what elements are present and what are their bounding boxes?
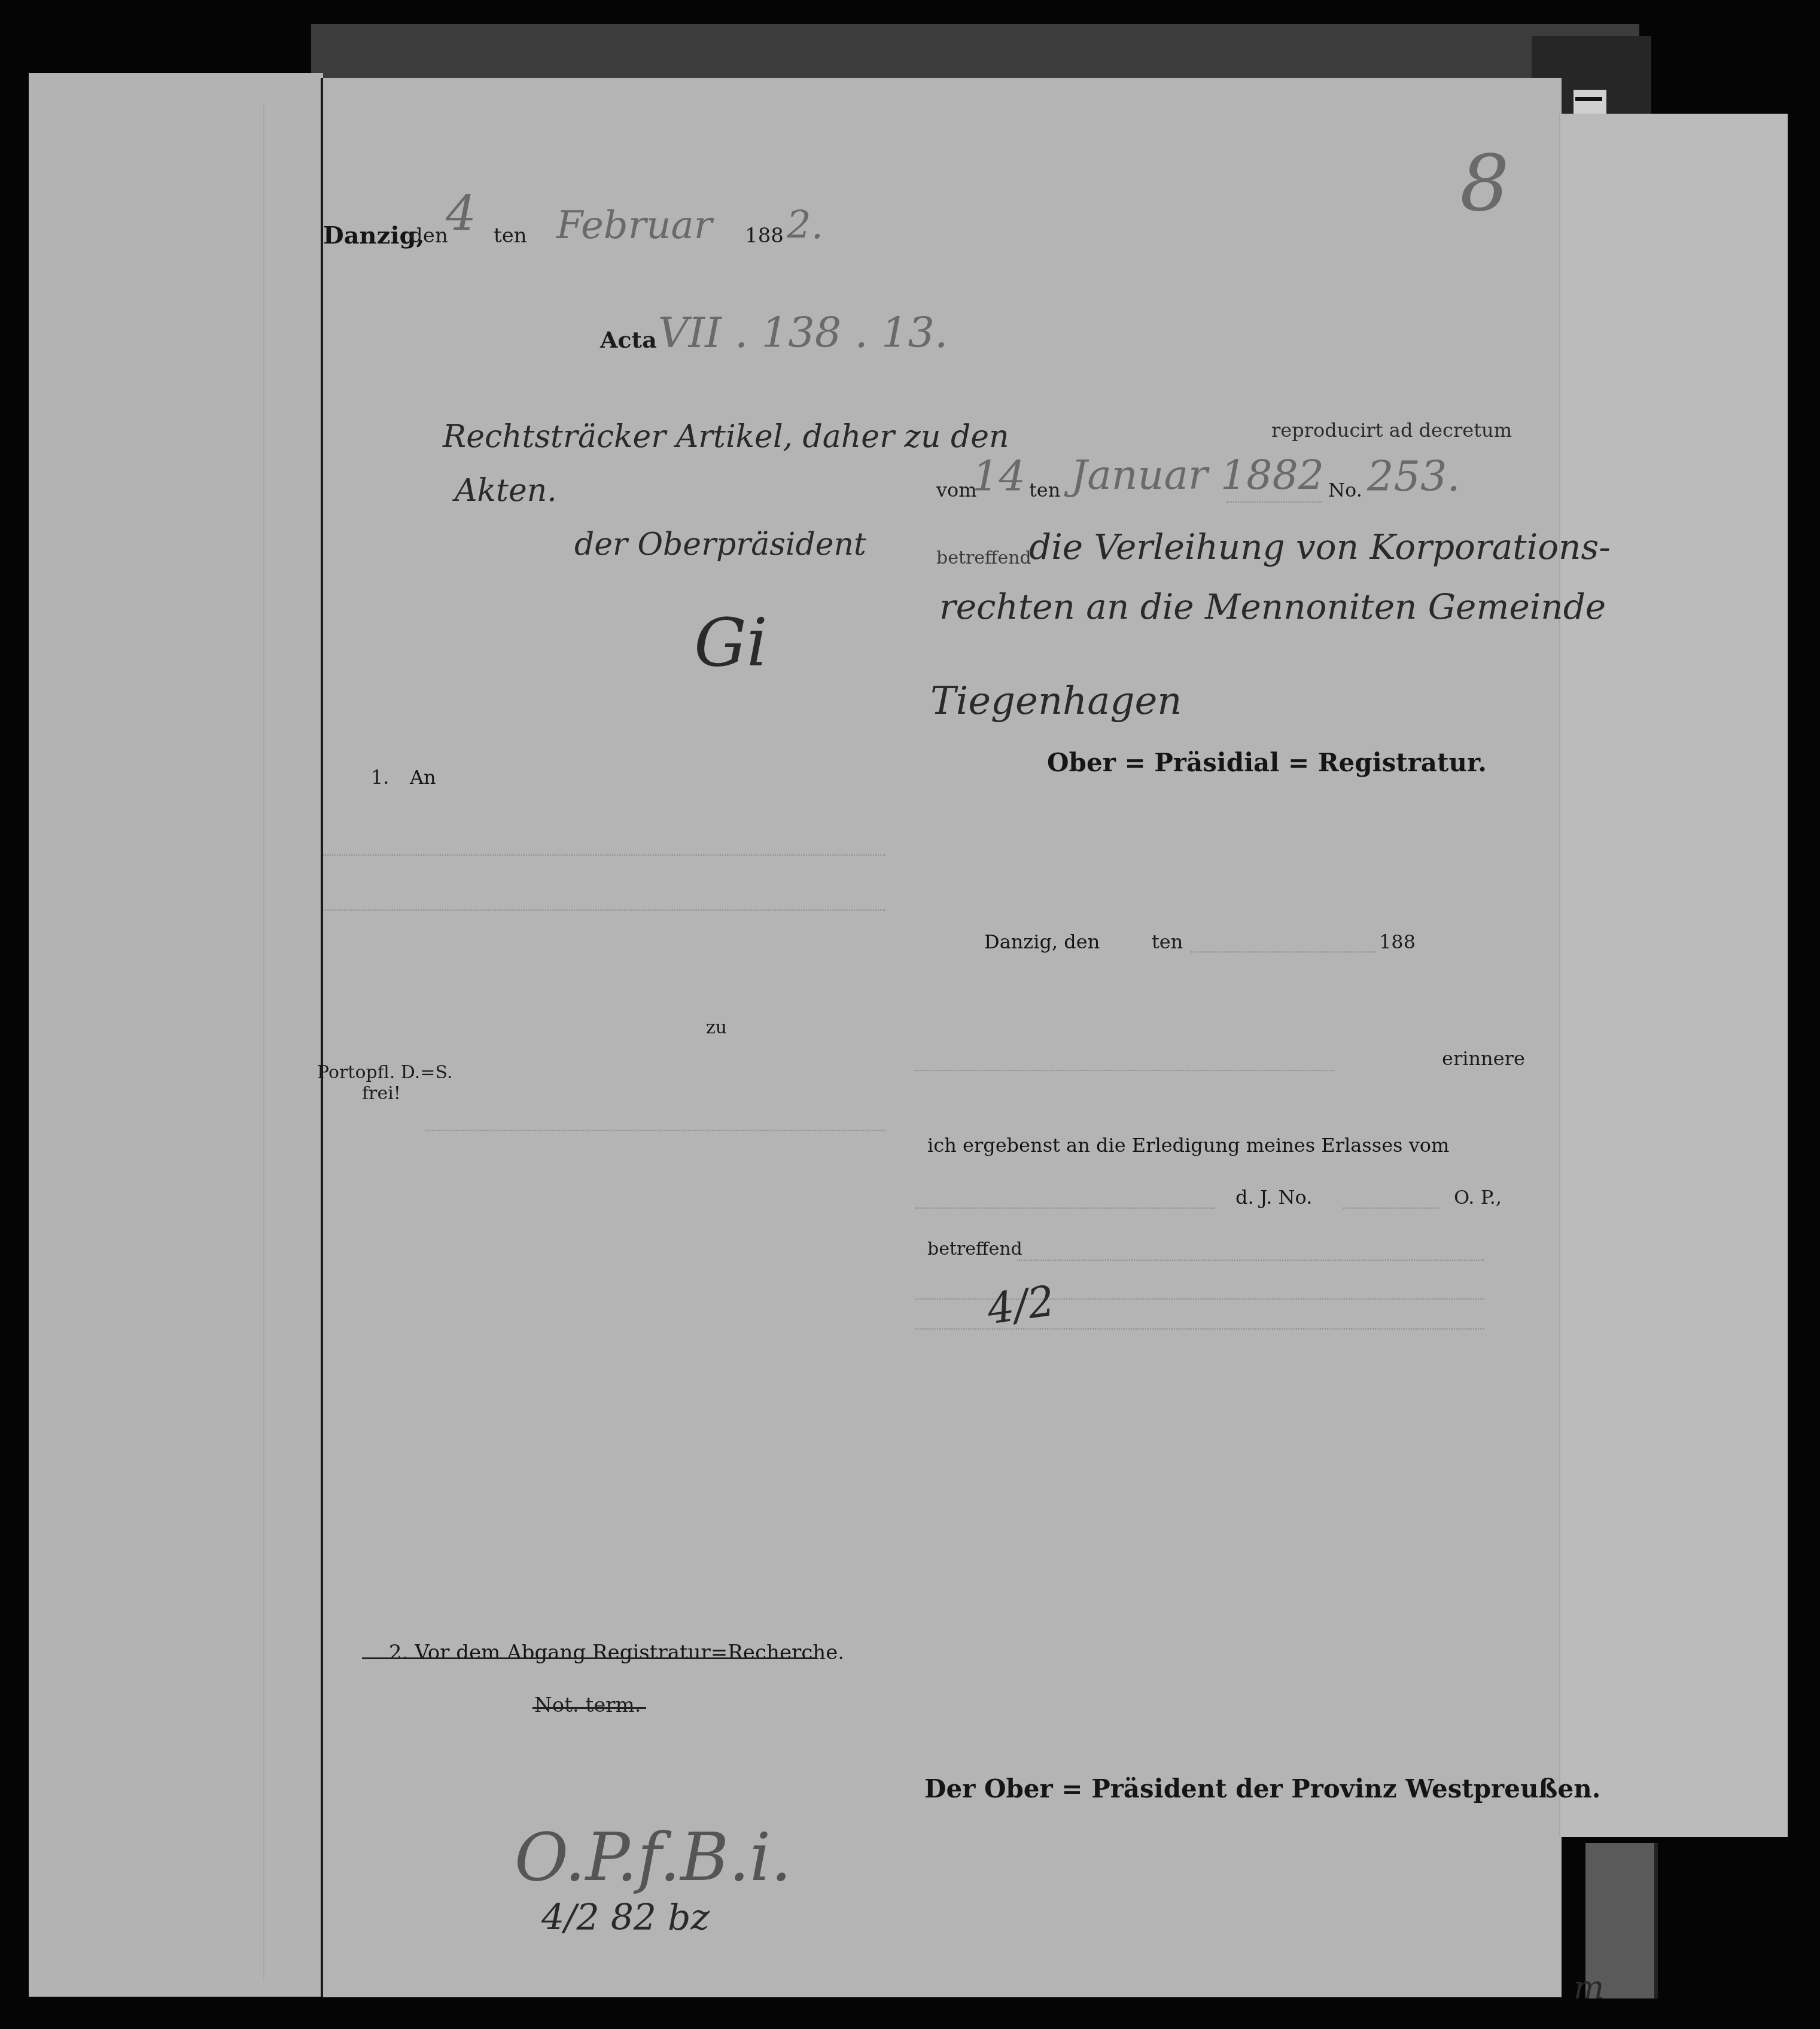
- footer-item-2: 2. Vor dem Abgang Registratur=Recherche.: [389, 1641, 844, 1665]
- fold-crease: [263, 102, 264, 1981]
- vom-month: Januar 1882: [1071, 452, 1324, 499]
- page-number: 8: [1460, 138, 1509, 229]
- betreffend-line-1: die Verleihung von Korporations-: [1029, 527, 1611, 567]
- signature-block: Der Ober = Präsident der Provinz Westpre…: [924, 1774, 1600, 1803]
- reminder-place: Danzig, den: [984, 930, 1100, 953]
- den-label: den: [410, 224, 448, 248]
- reminder-betreffend: betreffend: [927, 1239, 1022, 1260]
- acta-reference: VII . 138 . 13.: [658, 308, 948, 357]
- note-line-3: der Oberpräsident: [574, 527, 866, 562]
- reminder-date-line: [1191, 951, 1376, 953]
- left-fold-page: [29, 73, 323, 1997]
- year-prefix: 188: [745, 224, 784, 248]
- vom-label: vom: [936, 479, 977, 501]
- note-initial: Gi: [694, 604, 768, 681]
- acta-label: Acta: [600, 326, 657, 353]
- vom-ten-label: ten: [1029, 479, 1060, 501]
- addressee-line-2: [323, 909, 885, 911]
- corner-mark: m: [1574, 1969, 1604, 2006]
- reproduced-label: reproducirt ad decretum: [1271, 419, 1512, 442]
- document-page: [321, 78, 1562, 1997]
- no-value: 253.: [1367, 452, 1460, 501]
- reminder-ten: ten: [1152, 930, 1183, 953]
- vom-day: 14: [972, 452, 1025, 501]
- reminder-vom-line: [915, 1207, 1215, 1209]
- note-line-2: Akten.: [455, 473, 557, 509]
- reminder-paraph: 4/2: [984, 1276, 1058, 1334]
- right-overlay-sheet: [1559, 114, 1788, 1837]
- day-handwritten: 4: [446, 185, 476, 241]
- betreffend-line-3: Tiegenhagen: [930, 679, 1182, 723]
- reminder-year-prefix: 188: [1379, 930, 1416, 953]
- addressee-line-1: [323, 854, 885, 856]
- reminder-erinnere: erinnere: [1442, 1047, 1525, 1070]
- not-term-rule: [532, 1707, 646, 1709]
- no-label: No.: [1328, 479, 1362, 501]
- betreffend-label: betreffend: [936, 547, 1031, 568]
- reminder-op: O. P.,: [1454, 1186, 1502, 1209]
- zu-label: zu: [706, 1017, 727, 1038]
- reminder-betreffend-line-1: [1017, 1260, 1484, 1261]
- month-handwritten: Februar: [556, 203, 712, 248]
- footer-date: 4/2 82 bz: [541, 1897, 710, 1939]
- postage-line-2: frei!: [362, 1083, 401, 1104]
- vom-dotted-line: [1226, 501, 1322, 503]
- ten-label: ten: [494, 224, 527, 248]
- postage-line-1: Portopfl. D.=S.: [317, 1062, 452, 1083]
- zu-line: [425, 1130, 885, 1131]
- registry-title: Ober = Präsidial = Registratur.: [1047, 748, 1487, 777]
- footer-item-2-rule: [362, 1657, 817, 1659]
- label-tab: [1574, 90, 1606, 114]
- betreffend-line-2: rechten an die Mennoniten Gemeinde: [939, 586, 1606, 627]
- reminder-subject-line: [915, 1070, 1334, 1071]
- year-suffix-handwritten: 2.: [787, 203, 823, 248]
- not-term: Not. term.: [534, 1693, 641, 1717]
- reminder-dj-no: d. J. No.: [1235, 1186, 1312, 1209]
- footer-signature: O.P.f.B.i.: [515, 1819, 792, 1896]
- reminder-sentence: ich ergebenst an die Erledigung meines E…: [927, 1134, 1449, 1157]
- addressee-number: 1.: [371, 766, 389, 789]
- addressee-an: An: [410, 766, 436, 789]
- reminder-no-line: [1343, 1207, 1439, 1209]
- note-line-1: Rechtsträcker Artikel, daher zu den: [443, 419, 1009, 455]
